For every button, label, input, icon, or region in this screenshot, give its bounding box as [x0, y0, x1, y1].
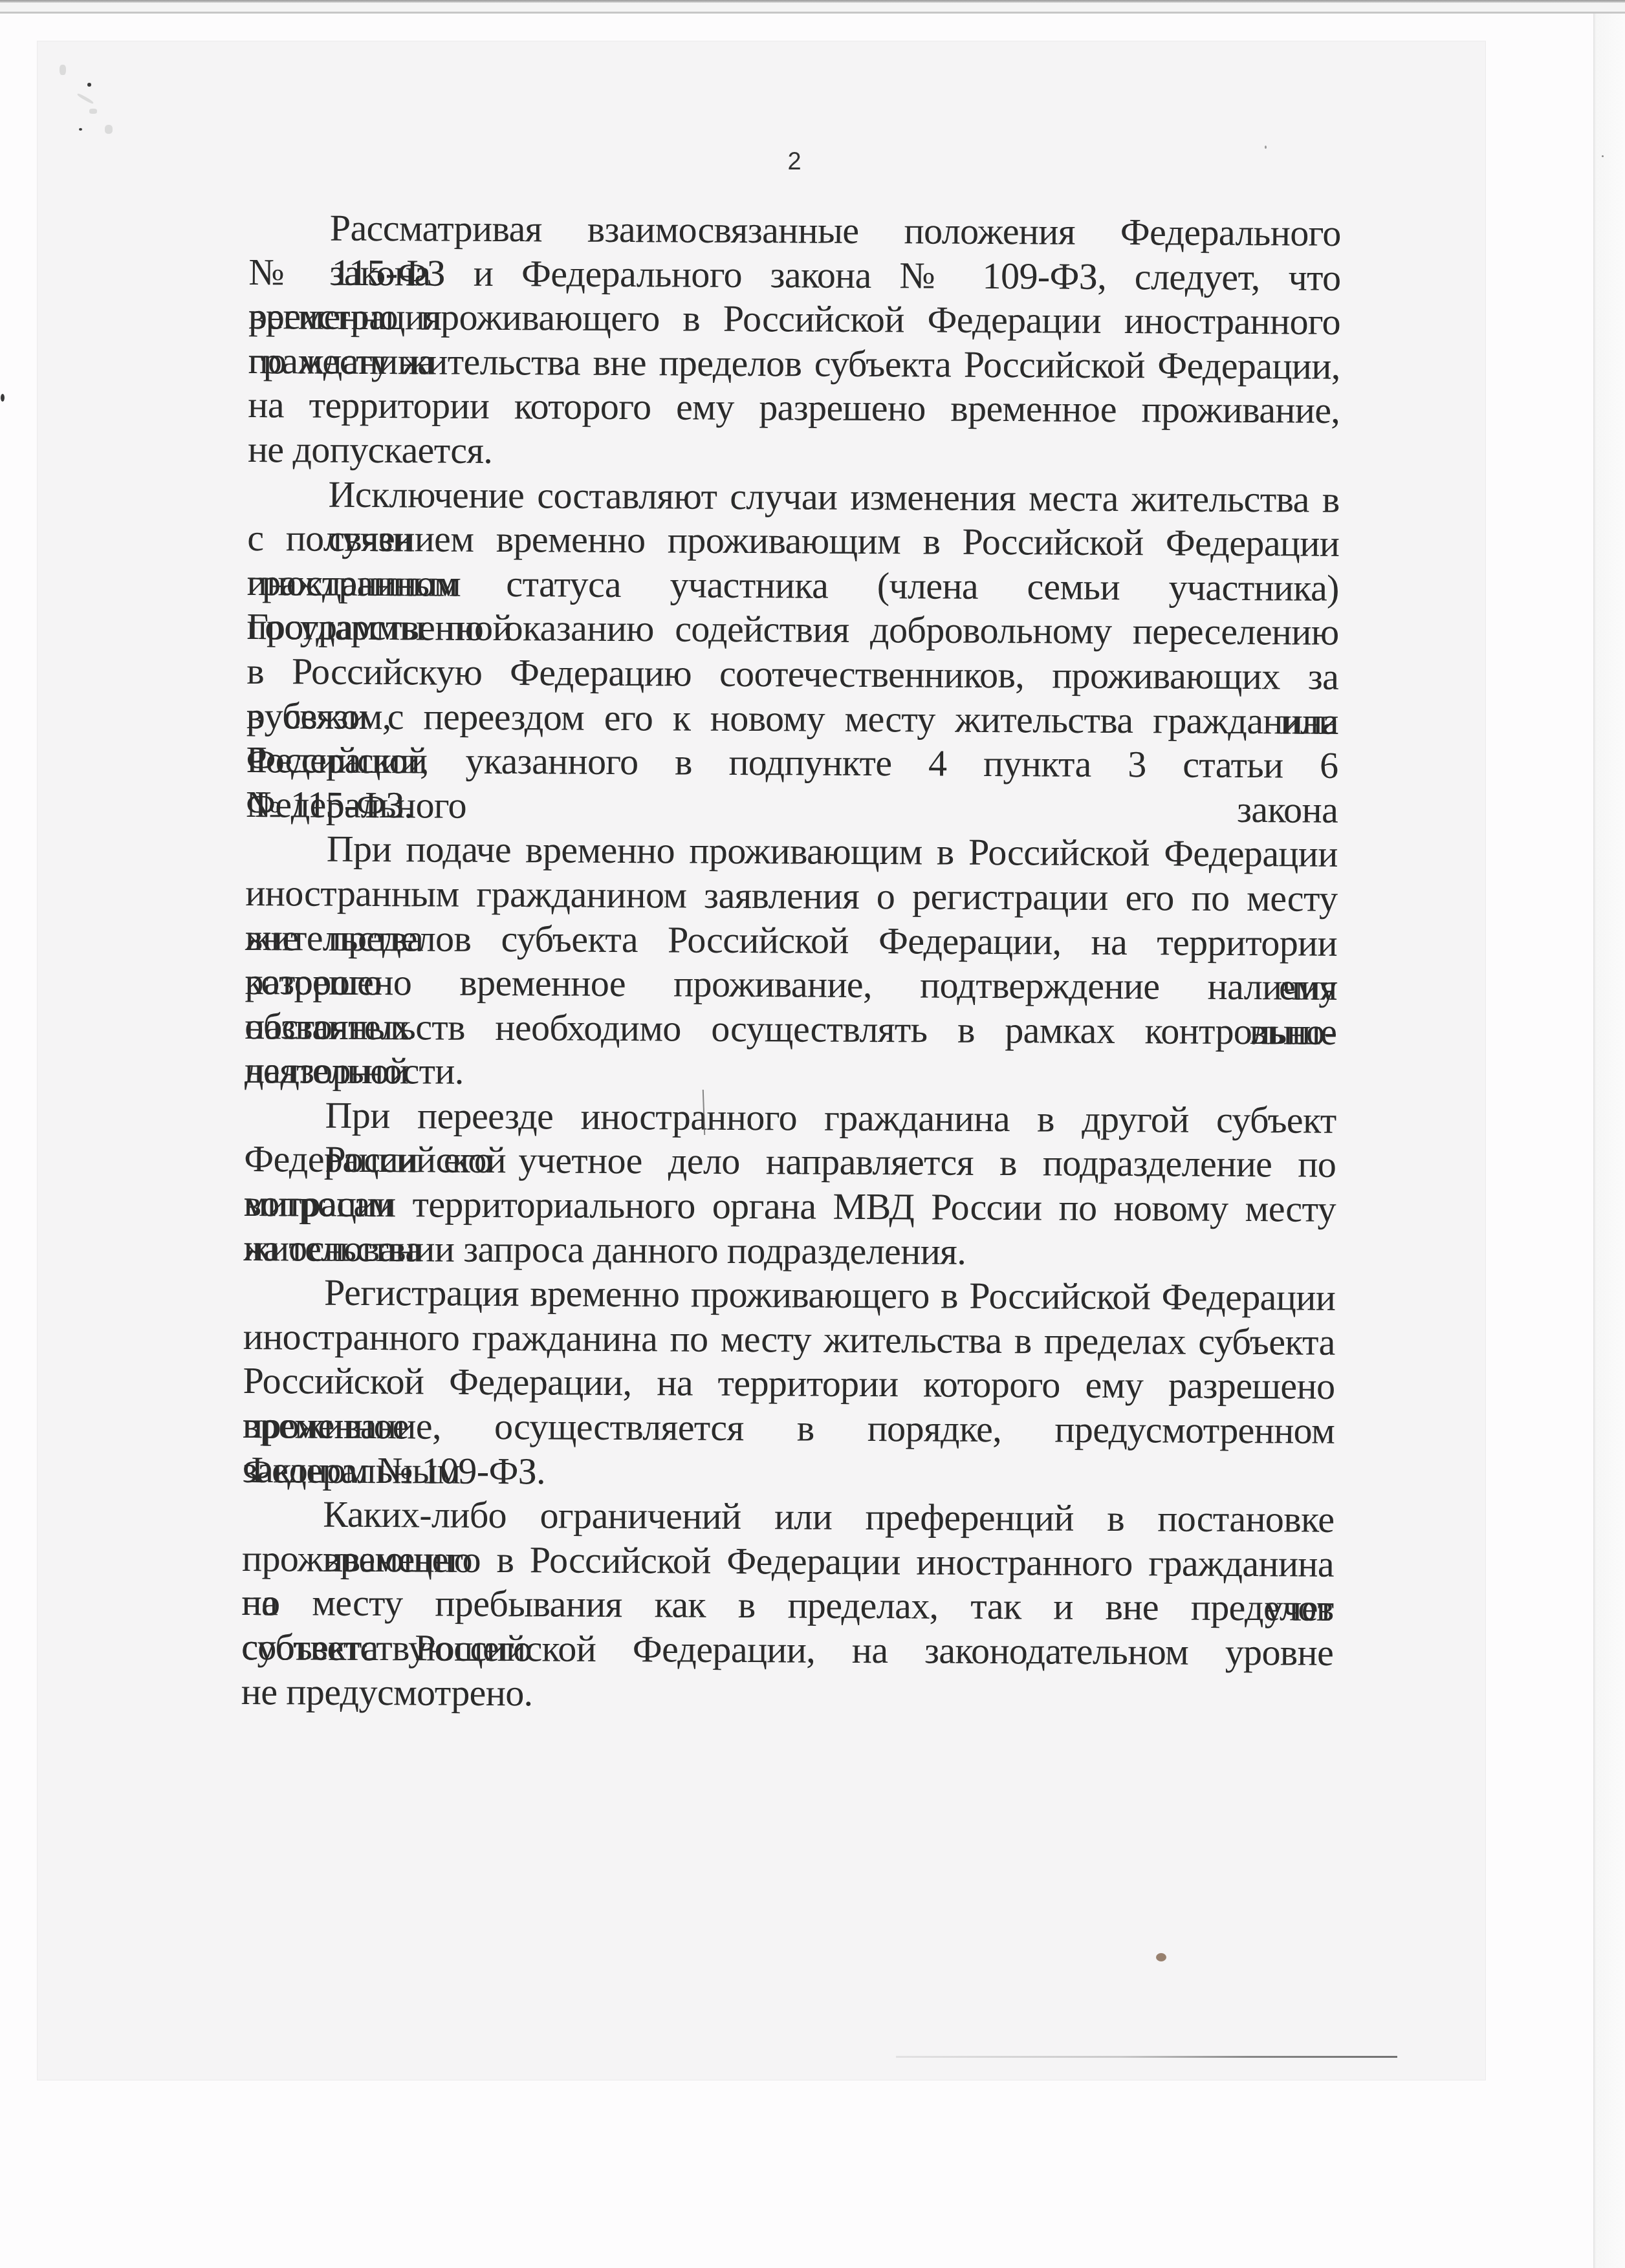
text-line: миграции территориального органа МВД Рос…: [244, 1182, 1336, 1231]
text-line: разрешено временное проживание, подтверж…: [245, 960, 1337, 1010]
text-line: на основании запроса данного подразделен…: [243, 1226, 1335, 1276]
scanner-paper-edge: [0, 12, 1625, 14]
margin-speck: [1, 394, 5, 402]
text-line: в связи с переездом его к новому месту ж…: [246, 694, 1338, 744]
stain-dot: [1156, 1953, 1166, 1961]
text-line: № 115-ФЗ и Федерального закона № 109-ФЗ,…: [248, 250, 1340, 300]
paragraph-5: Регистрация временно проживающего в Росс…: [243, 1270, 1336, 1498]
text-line: Исключение составляют случаи изменения м…: [247, 472, 1339, 522]
paragraph-2: Исключение составляют случаи изменения м…: [246, 472, 1340, 833]
text-line: Регистрация временно проживающего в Росс…: [243, 1270, 1335, 1320]
text-line: временно проживающего в Российской Федер…: [248, 294, 1340, 344]
text-line: по месту жительства вне пределов субъект…: [248, 339, 1340, 389]
paragraph-3: При подаче временно проживающим в Россий…: [245, 826, 1338, 1098]
document-body: Рассматривая взаимосвязанные положения Ф…: [241, 206, 1341, 1720]
text-line: не предусмотрено.: [241, 1670, 1333, 1720]
text-line: в Российскую Федерацию соотечественников…: [246, 649, 1338, 699]
text-line: обстоятельств необходимо осуществлять в …: [245, 1004, 1336, 1054]
scanner-strip: [0, 3, 1625, 12]
text-line: гражданином статуса участника (члена сем…: [247, 561, 1339, 610]
text-line: Рассматривая взаимосвязанные положения Ф…: [249, 206, 1341, 255]
margin-smudge: [60, 65, 66, 75]
paragraph-1: Рассматривая взаимосвязанные положения Ф…: [248, 206, 1341, 477]
text-line: субъекта Российской Федерации, на законо…: [241, 1625, 1333, 1675]
text-line: с получением временно проживающим в Росс…: [247, 516, 1339, 566]
text-line: программы по оказанию содействия доброво…: [246, 605, 1338, 654]
text-line: При переезде иностранного гражданина в д…: [244, 1093, 1336, 1143]
text-line: При подаче временно проживающим в Россий…: [246, 826, 1338, 876]
margin-speck: [79, 128, 82, 131]
text-line: проживающего в Российской Федерации инос…: [242, 1537, 1334, 1586]
margin-speck: [1602, 155, 1604, 157]
text-line: проживание, осуществляется в порядке, пр…: [243, 1403, 1335, 1453]
text-line: Федерации, указанного в подпункте 4 пунк…: [246, 738, 1338, 788]
paragraph-6: Каких-либо ограничений или преференций в…: [241, 1492, 1335, 1720]
text-line: Российской Федерации, на территории кото…: [243, 1359, 1335, 1409]
paragraph-4: При переезде иностранного гражданина в д…: [243, 1093, 1336, 1276]
margin-speck: [1265, 146, 1267, 149]
page-number: 2: [762, 147, 827, 176]
paper-right-edge: [1593, 14, 1625, 2268]
text-line: на территории которого ему разрешено вре…: [248, 383, 1340, 433]
text-line: иностранным гражданином заявления о реги…: [245, 871, 1337, 921]
text-line: Каких-либо ограничений или преференций в…: [242, 1492, 1334, 1542]
margin-speck: [87, 83, 91, 87]
margin-smudge: [105, 125, 113, 134]
text-line: не допускается.: [248, 427, 1340, 477]
text-line: деятельности.: [245, 1048, 1336, 1098]
margin-smudge: [89, 109, 97, 114]
text-line: Федерации его учетное дело направляется …: [244, 1137, 1336, 1187]
text-line: иностранного гражданина по месту жительс…: [243, 1315, 1335, 1365]
footer-rule: [896, 2056, 1397, 2058]
text-line: по месту пребывания как в пределах, так …: [242, 1581, 1334, 1630]
text-line: законом № 109-ФЗ.: [243, 1448, 1335, 1498]
text-line: вне пределов субъекта Российской Федерац…: [245, 915, 1337, 965]
